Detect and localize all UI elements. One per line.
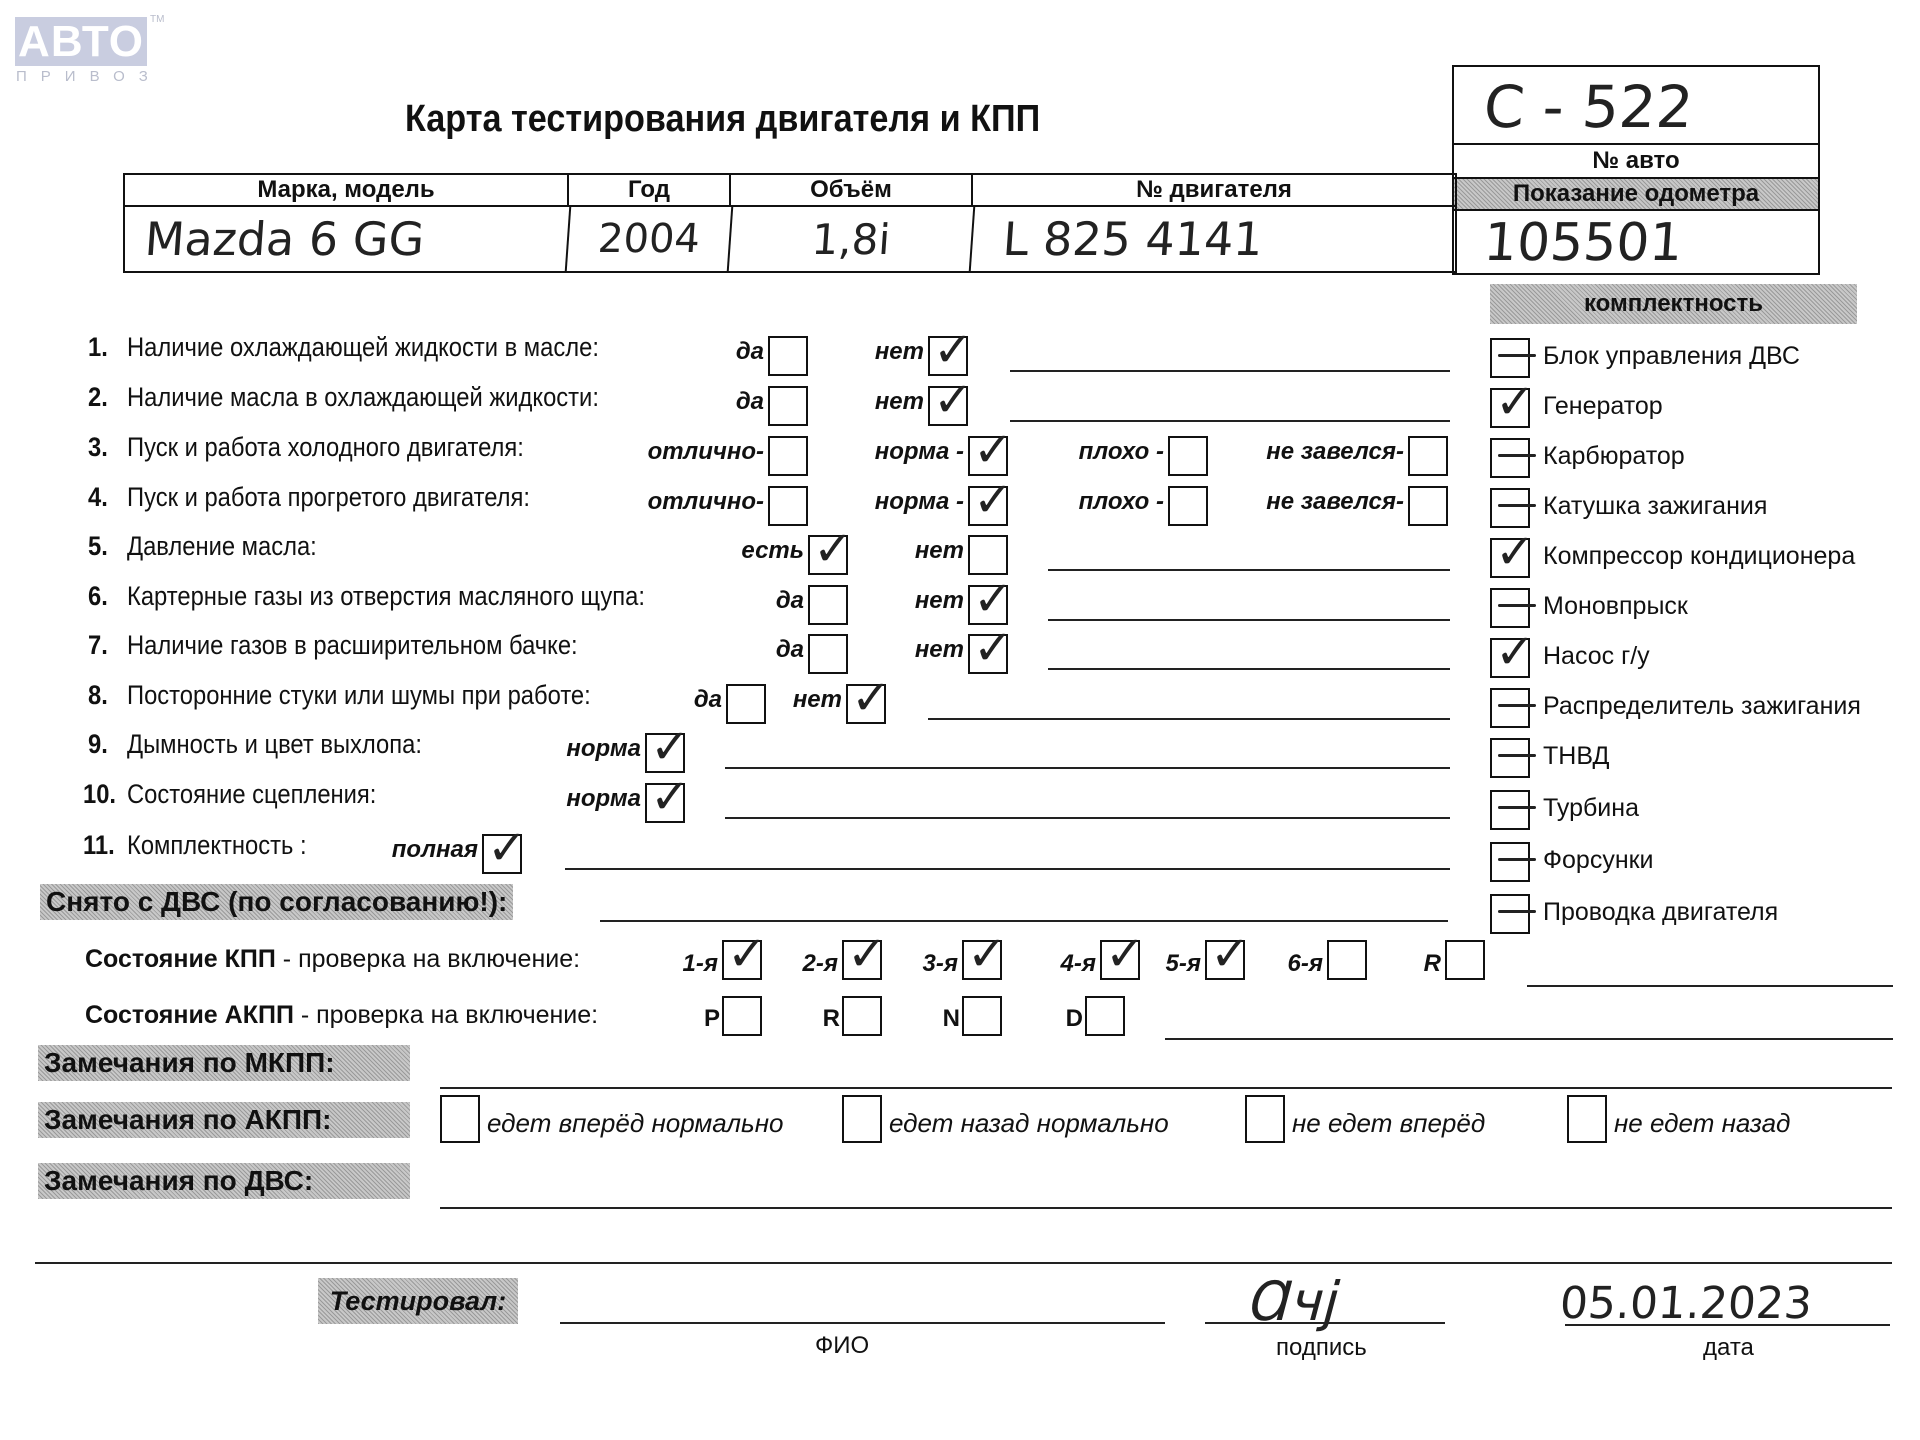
completeness-item-label: Блок управления ДВС [1543,342,1800,371]
completeness-item-label: Турбина [1543,794,1639,823]
option-label: норма - [868,488,964,516]
manual-gearbox-label-bold: Состояние КПП [85,945,276,973]
option-label: норма [560,735,641,763]
odometer-value: 105501 [1482,213,1685,273]
answer-line [1010,370,1450,372]
gear-label: 1-я [680,950,718,978]
option-label: есть [734,537,804,565]
gear-checkbox[interactable] [1445,940,1485,980]
fio-label: ФИО [815,1332,869,1360]
signature: Ɑчј [1248,1270,1342,1333]
volume-value: 1,8i [729,207,975,271]
option-label: нет [868,338,924,366]
page-title: Карта тестирования двигателя и КПП [405,98,1040,141]
completeness-item-label: Карбюратор [1543,442,1685,471]
option-label: не завелся- [1262,438,1404,466]
answer-line [1010,420,1450,422]
akpp-remark-checkbox[interactable] [440,1095,480,1143]
option-label: плохо - [1074,438,1164,466]
auto-position-checkbox[interactable] [962,996,1002,1036]
completeness-item-label: Катушка зажигания [1543,492,1767,521]
odometer-label-cell: Показание одометра [1454,179,1818,211]
question-number: 7. [88,630,108,661]
option-label: отлично- [642,488,764,516]
checkbox[interactable] [808,634,848,674]
checkbox[interactable] [1408,436,1448,476]
auto-position-label: N [940,1005,960,1033]
checkbox-dashed[interactable] [1490,738,1530,778]
logo-trademark: TM [150,14,164,25]
completeness-item-label: ТНВД [1543,742,1609,771]
checkbox-checked[interactable] [968,436,1008,476]
car-number-cell: C - 522 [1454,67,1818,145]
odometer-label: Показание одометра [1513,180,1759,208]
question-text: Посторонние стуки или шумы при работе: [127,680,591,711]
completeness-item-label: Проводка двигателя [1543,898,1778,927]
option-label: да [770,636,804,664]
gear-checkbox-checked[interactable] [1100,940,1140,980]
manual-gearbox-line [1527,985,1893,987]
akpp-remark-label: не едет назад [1614,1108,1790,1139]
col-header-volume: Объём [731,175,973,207]
question-number: 5. [88,531,108,562]
akpp-remark-label: едет назад нормально [889,1108,1169,1139]
option-label: нет [908,587,964,615]
col-header-year: Год [569,175,731,207]
tested-by-label: Тестировал: [318,1278,518,1324]
col-header-engine-number: № двигателя [973,175,1455,207]
question-text: Давление масла: [127,531,317,562]
question-number: 3. [88,432,108,463]
question-text: Пуск и работа прогретого двигателя: [127,482,530,513]
date-value: 05.01.2023 [1558,1278,1814,1329]
akpp-remark-label: не едет вперёд [1292,1108,1485,1139]
gear-label: 5-я [1160,950,1201,978]
auto-position-checkbox[interactable] [722,996,762,1036]
question-text: Пуск и работа холодного двигателя: [127,432,524,463]
gear-label: 2-я [800,950,838,978]
checkbox-dashed[interactable] [1490,842,1530,882]
option-label: нет [908,636,964,664]
completeness-item-label: Моновпрыск [1543,592,1688,621]
auto-position-label: P [700,1005,720,1033]
odometer-value-cell: 105501 [1454,211,1818,273]
manual-gearbox-label: Состояние КПП - проверка на включение: [85,945,580,974]
checkbox[interactable] [768,386,808,426]
gear-label: 6-я [1280,950,1323,978]
checkbox[interactable] [808,585,848,625]
checkbox-checked[interactable] [482,834,522,874]
remarks-akpp-label: Замечания по АКПП: [38,1102,410,1138]
question-number: 6. [88,581,108,612]
gear-label: 3-я [920,950,958,978]
gear-checkbox-checked[interactable] [842,940,882,980]
option-label: да [728,338,764,366]
option-label: да [728,388,764,416]
question-text: Дымность и цвет выхлопа: [127,729,422,760]
answer-line [565,868,1450,870]
checkbox[interactable] [768,486,808,526]
checkbox-checked[interactable] [645,733,685,773]
remarks-dvs-line [440,1207,1892,1209]
question-number: 4. [88,482,108,513]
completeness-item-label: Распределитель зажигания [1543,692,1861,721]
option-label: нет [787,686,842,714]
gear-checkbox-checked[interactable] [962,940,1002,980]
checkbox-checked[interactable] [808,535,848,575]
option-label: норма [560,785,641,813]
removed-from-engine-line [600,920,1448,922]
answer-line [928,718,1450,720]
logo-subtitle: ПРИВОЗ [16,68,162,85]
checkbox-checked[interactable] [968,634,1008,674]
question-number: 1. [88,332,108,363]
car-number-label-cell: № авто [1454,145,1818,179]
checkbox[interactable] [768,436,808,476]
signature-label: подпись [1276,1334,1367,1362]
auto-gearbox-line [1165,1038,1893,1040]
checkbox[interactable] [1168,486,1208,526]
completeness-item-label: Компрессор кондиционера [1543,542,1855,571]
remarks-dvs-label: Замечания по ДВС: [38,1163,410,1199]
checkbox[interactable] [968,535,1008,575]
question-number: 9. [88,729,108,760]
checkbox[interactable] [1408,486,1448,526]
checkbox-checked[interactable] [968,486,1008,526]
question-text: Наличие масла в охлаждающей жидкости: [127,382,599,413]
question-text: Наличие охлаждающей жидкости в масле: [127,332,599,363]
separator-line [35,1262,1892,1264]
checkbox-dashed[interactable] [1490,894,1530,934]
answer-line [725,817,1450,819]
checkbox-checked[interactable] [968,585,1008,625]
option-label: плохо - [1074,488,1164,516]
option-label: отлично- [642,438,764,466]
year-value: 2004 [567,207,733,271]
checkbox-dashed[interactable] [1490,790,1530,830]
completeness-header: комплектность [1490,284,1857,324]
option-label: полная [388,836,478,864]
col-header-make-model: Марка, модель [125,175,569,207]
question-number: 11. [83,830,115,861]
answer-line [1048,668,1450,670]
checkbox-dashed[interactable] [1490,688,1530,728]
car-number-box: C - 522 № авто Показание одометра 105501 [1452,65,1820,275]
gear-label: 4-я [1040,950,1096,978]
removed-from-engine-label: Снято с ДВС (по согласованию!): [40,884,513,920]
checkbox-dashed[interactable] [1490,588,1530,628]
date-label: дата [1703,1334,1754,1362]
auto-gearbox-label-rest: - проверка на включение: [294,1001,598,1029]
checkbox[interactable] [726,684,766,724]
answer-line [1048,569,1450,571]
manual-gearbox-label-rest: - проверка на включение: [276,945,580,973]
gear-checkbox-checked[interactable] [722,940,762,980]
akpp-remark-checkbox[interactable] [842,1095,882,1143]
checkbox-checked[interactable] [1490,638,1530,678]
option-label: да [688,686,722,714]
checkbox[interactable] [768,336,808,376]
checkbox-dashed[interactable] [1490,488,1530,528]
gear-checkbox-checked[interactable] [1205,940,1245,980]
checkbox-checked[interactable] [928,336,968,376]
question-text: Наличие газов в расширительном бачке: [127,630,578,661]
make-model-value: Mazda 6 GG [123,207,571,271]
gear-label: R [1420,950,1441,978]
checkbox-checked[interactable] [846,684,886,724]
option-label: да [770,587,804,615]
auto-gearbox-label: Состояние АКПП - проверка на включение: [85,1001,598,1030]
checkbox-dashed[interactable] [1490,338,1530,378]
checkbox[interactable] [1168,436,1208,476]
auto-position-checkbox[interactable] [1085,996,1125,1036]
auto-position-label: D [1060,1005,1083,1033]
option-label: не завелся- [1262,488,1404,516]
answer-line [725,767,1450,769]
option-label: нет [908,537,964,565]
akpp-remark-checkbox[interactable] [1245,1095,1285,1143]
completeness-item-label: Форсунки [1543,846,1654,875]
question-number: 10. [83,779,116,810]
question-number: 2. [88,382,108,413]
question-number: 8. [88,680,108,711]
auto-position-label: R [820,1005,840,1033]
engine-number-value: L 825 4141 [971,207,1457,271]
answer-line [1048,619,1450,621]
fio-line [560,1322,1165,1324]
checkbox-checked[interactable] [1490,538,1530,578]
vehicle-info-table: Марка, модель Год Объём № двигателя Mazd… [123,173,1457,273]
question-text: Комплектность : [127,830,307,861]
option-label: нет [868,388,924,416]
question-text: Состояние сцепления: [127,779,376,810]
gear-checkbox[interactable] [1327,940,1367,980]
checkbox-checked[interactable] [928,386,968,426]
akpp-remark-label: едет вперёд нормально [487,1108,783,1139]
auto-gearbox-label-bold: Состояние АКПП [85,1001,294,1029]
checkbox-checked[interactable] [1490,388,1530,428]
remarks-mkpp-line [440,1087,1892,1089]
checkbox-checked[interactable] [645,783,685,823]
checkbox-dashed[interactable] [1490,438,1530,478]
auto-position-checkbox[interactable] [842,996,882,1036]
option-label: норма - [868,438,964,466]
logo: АВТО [15,17,147,66]
car-number-value: C - 522 [1482,73,1696,141]
question-text: Картерные газы из отверстия масляного щу… [127,581,645,612]
car-number-label: № авто [1592,147,1679,175]
completeness-item-label: Генератор [1543,392,1663,421]
remarks-mkpp-label: Замечания по МКПП: [38,1045,410,1081]
completeness-item-label: Насос г/у [1543,642,1650,671]
akpp-remark-checkbox[interactable] [1567,1095,1607,1143]
